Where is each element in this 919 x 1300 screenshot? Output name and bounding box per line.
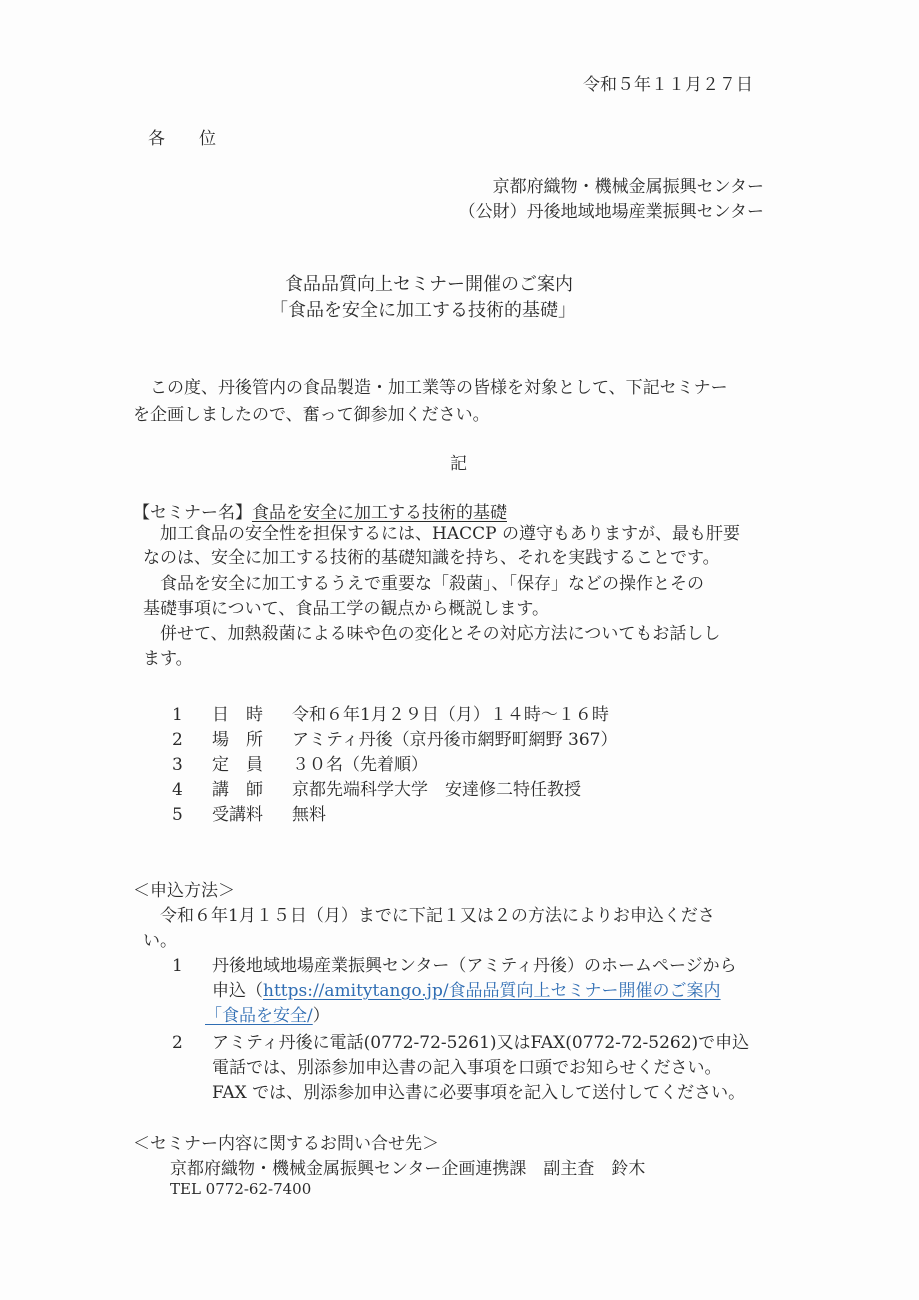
seminar-desc-3: 食品を安全に加工するうえで重要な「殺菌」、「保存」などの操作とその [143, 572, 704, 596]
seminar-name-row: 【セミナー名】食品を安全に加工する技術的基礎 [133, 498, 507, 523]
intro-line-1: この度、丹後管内の食品製造・加工業等の皆様を対象として、下記セミナー [133, 373, 728, 398]
detail-row: 5受講料無料 [172, 800, 326, 825]
sender-1: 京都府織物・機械金属振興センター [493, 172, 764, 197]
contact-org: 京都府織物・機械金属振興センター企画連携課 副主査 鈴木 [170, 1154, 645, 1179]
ki-marker: 記 [450, 449, 467, 474]
contact-tel: TEL 0772-62-7400 [170, 1180, 311, 1198]
seminar-desc-1: 加工食品の安全性を担保するには、HACCP の遵守もありますが、最も肝要 [143, 522, 740, 546]
seminar-desc-6: ます。 [143, 647, 193, 671]
document-date: 令和５年１１月２７日 [583, 70, 753, 95]
method-1-line-2: 申込（https://amitytango.jp/食品品質向上セミナー開催のご案… [212, 976, 721, 1001]
detail-label: 定 員 [212, 750, 292, 775]
title-line-2: 「食品を安全に加工する技術的基礎」 [270, 296, 576, 322]
detail-label: 受講料 [212, 800, 292, 825]
homepage-link[interactable]: https://amitytango.jp/食品品質向上セミナー開催のご案内 [263, 981, 721, 1001]
detail-label: 場 所 [212, 725, 292, 750]
detail-row: 1日 時令和６年1月２９日（月）１４時～１６時 [172, 700, 609, 725]
detail-label: 講 師 [212, 775, 292, 800]
application-heading: ＜申込方法＞ [133, 876, 235, 901]
contact-heading: ＜セミナー内容に関するお問い合せ先＞ [133, 1129, 439, 1154]
detail-value: 京都先端科学大学 安達修二特任教授 [292, 780, 581, 800]
detail-row: 2場 所アミティ丹後（京丹後市網野町網野 367） [172, 725, 618, 750]
method-1-line-3: 「食品を安全/） [205, 1001, 330, 1026]
addressee: 各 位 [148, 124, 216, 149]
method-2-line-2: 電話では、別添参加申込書の記入事項を口頭でお知らせください。 [212, 1053, 722, 1078]
detail-value: 無料 [292, 805, 326, 825]
seminar-desc-2: なのは、安全に加工する技術的基礎知識を持ち、それを実践することです。 [143, 546, 720, 570]
method-1-line-1: 1丹後地域地場産業振興センター（アミティ丹後）のホームページから [172, 951, 737, 976]
application-deadline-1: 令和６年1月１５日（月）までに下記１又は２の方法によりお申込くださ [143, 901, 715, 926]
seminar-name: 食品を安全に加工する技術的基礎 [252, 503, 507, 523]
seminar-label: 【セミナー名】 [133, 503, 252, 523]
detail-row: 3定 員３０名（先着順） [172, 750, 428, 775]
sender-2: （公財）丹後地域地場産業振興センター [459, 197, 764, 222]
title-line-1: 食品品質向上セミナー開催のご案内 [285, 270, 573, 296]
detail-value: 令和６年1月２９日（月）１４時～１６時 [292, 705, 609, 725]
detail-row: 4講 師京都先端科学大学 安達修二特任教授 [172, 775, 581, 800]
intro-line-2: を企画しましたので、奮って御参加ください。 [133, 400, 490, 425]
detail-label: 日 時 [212, 700, 292, 725]
seminar-desc-5: 併せて、加熱殺菌による味や色の変化とその対応方法についてもお話しし [143, 622, 720, 646]
method-2-line-3: FAX では、別添参加申込書に必要事項を記入して送付してください。 [212, 1078, 745, 1103]
detail-value: アミティ丹後（京丹後市網野町網野 367） [292, 730, 618, 750]
detail-value: ３０名（先着順） [292, 755, 428, 775]
method-2-line-1: 2アミティ丹後に電話(0772-72-5261)又はFAX(0772-72-52… [172, 1028, 749, 1053]
application-deadline-2: い。 [143, 926, 177, 951]
seminar-desc-4: 基礎事項について、食品工学の観点から概説します。 [143, 597, 549, 621]
homepage-link-continued[interactable]: 「食品を安全/ [205, 1006, 313, 1026]
